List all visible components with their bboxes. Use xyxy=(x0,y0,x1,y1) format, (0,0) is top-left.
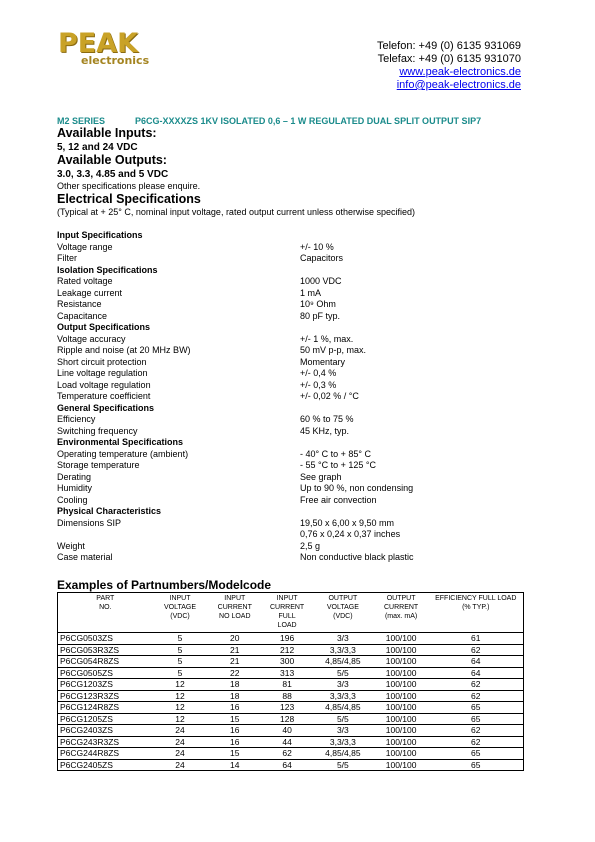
part-number-cell: P6CG053R3ZS xyxy=(58,644,153,656)
spec-row: Dimensions SIP19,50 x 6,00 x 9,50 mm xyxy=(57,518,497,530)
table-cell: 5/5 xyxy=(312,667,374,679)
contact-block: Telefon: +49 (0) 6135 931069 Telefax: +4… xyxy=(377,40,521,92)
column-header: INPUTVOLTAGE(VDC) xyxy=(153,593,208,633)
table-cell: 62 xyxy=(429,644,524,656)
part-number-cell: P6CG1203ZS xyxy=(58,679,153,691)
part-number-cell: P6CG0503ZS xyxy=(58,633,153,645)
spec-value: 19,50 x 6,00 x 9,50 mm xyxy=(300,518,394,530)
table-cell: 15 xyxy=(207,713,262,725)
spec-value: +/- 10 % xyxy=(300,242,334,254)
part-number-cell: P6CG054R8ZS xyxy=(58,656,153,668)
spec-label: Switching frequency xyxy=(57,426,300,438)
spec-label: Line voltage regulation xyxy=(57,368,300,380)
spec-value: Momentary xyxy=(300,357,345,369)
spec-label: Ripple and noise (at 20 MHz BW) xyxy=(57,345,300,357)
spec-row: HumidityUp to 90 %, non condensing xyxy=(57,483,497,495)
table-cell: 3/3 xyxy=(312,725,374,737)
spec-row: Efficiency60 % to 75 % xyxy=(57,414,497,426)
peak-logo: PEAK electronics xyxy=(58,30,158,67)
spec-label: Resistance xyxy=(57,299,300,311)
table-cell: 64 xyxy=(429,667,524,679)
part-number-cell: P6CG1205ZS xyxy=(58,713,153,725)
available-inputs-value: 5, 12 and 24 VDC xyxy=(57,142,138,153)
available-outputs-value: 3.0, 3.3, 4.85 and 5 VDC xyxy=(57,169,168,180)
spec-row: Rated voltage1000 VDC xyxy=(57,276,497,288)
spec-section-heading: Isolation Specifications xyxy=(57,265,497,277)
spec-label: Cooling xyxy=(57,495,300,507)
spec-value: +/- 0,4 % xyxy=(300,368,336,380)
spec-value: 60 % to 75 % xyxy=(300,414,354,426)
table-cell: 3,3/3,3 xyxy=(312,690,374,702)
spec-value: +/- 1 %, max. xyxy=(300,334,353,346)
table-cell: 81 xyxy=(262,679,312,691)
part-number-cell: P6CG0505ZS xyxy=(58,667,153,679)
spec-label: Leakage current xyxy=(57,288,300,300)
table-cell: 5/5 xyxy=(312,713,374,725)
table-cell: 62 xyxy=(429,679,524,691)
table-cell: 12 xyxy=(153,679,208,691)
spec-row: Ripple and noise (at 20 MHz BW)50 mV p-p… xyxy=(57,345,497,357)
table-cell: 24 xyxy=(153,759,208,771)
table-cell: 12 xyxy=(153,690,208,702)
table-cell: 65 xyxy=(429,702,524,714)
table-cell: 3,3/3,3 xyxy=(312,736,374,748)
logo-subtitle: electronics xyxy=(81,55,158,67)
table-cell: 64 xyxy=(429,656,524,668)
spec-row: Resistance10⁹ Ohm xyxy=(57,299,497,311)
table-cell: 62 xyxy=(429,736,524,748)
spec-row: Weight2,5 g xyxy=(57,541,497,553)
table-cell: 16 xyxy=(207,725,262,737)
spec-row: Leakage current1 mA xyxy=(57,288,497,300)
table-cell: 5 xyxy=(153,644,208,656)
table-header-row: PARTNO.INPUTVOLTAGE(VDC)INPUTCURRENTNO L… xyxy=(58,593,524,633)
table-cell: 40 xyxy=(262,725,312,737)
spec-value: See graph xyxy=(300,472,342,484)
table-cell: 5 xyxy=(153,667,208,679)
spec-value: Non conductive black plastic xyxy=(300,552,414,564)
table-cell: 62 xyxy=(429,725,524,737)
table-row: P6CG2405ZS2414645/5100/10065 xyxy=(58,759,524,771)
spec-value: - 55 °C to + 125 °C xyxy=(300,460,376,472)
table-cell: 65 xyxy=(429,748,524,760)
spec-value: 0,76 x 0,24 x 0,37 inches xyxy=(300,529,400,541)
spec-row: Short circuit protectionMomentary xyxy=(57,357,497,369)
available-inputs-title: Available Inputs: xyxy=(57,126,157,140)
spec-section-heading: Environmental Specifications xyxy=(57,437,497,449)
spec-section-heading: Physical Characteristics xyxy=(57,506,497,518)
spec-row: Switching frequency45 KHz, typ. xyxy=(57,426,497,438)
spec-label: Weight xyxy=(57,541,300,553)
table-cell: 100/100 xyxy=(374,667,429,679)
table-cell: 5/5 xyxy=(312,759,374,771)
spec-row: Temperature coefficient+/- 0,02 % / °C xyxy=(57,391,497,403)
series-header: M2 SERIESP6CG-XXXXZS 1KV ISOLATED 0,6 – … xyxy=(57,116,481,126)
examples-title: Examples of Partnumbers/Modelcode xyxy=(57,578,271,592)
spec-value: Up to 90 %, non condensing xyxy=(300,483,413,495)
spec-value: 2,5 g xyxy=(300,541,320,553)
table-cell: 3/3 xyxy=(312,633,374,645)
model-description: P6CG-XXXXZS 1KV ISOLATED 0,6 – 1 W REGUL… xyxy=(135,116,481,126)
spec-label: Humidity xyxy=(57,483,300,495)
table-cell: 12 xyxy=(153,713,208,725)
email-link[interactable]: info@peak-electronics.de xyxy=(397,79,521,91)
table-cell: 100/100 xyxy=(374,748,429,760)
column-header: EFFICIENCY FULL LOAD(% TYP.) xyxy=(429,593,524,633)
table-cell: 100/100 xyxy=(374,679,429,691)
table-cell: 44 xyxy=(262,736,312,748)
table-row: P6CG244R8ZS2415624,85/4,85100/10065 xyxy=(58,748,524,760)
electrical-specs-note: (Typical at + 25° C, nominal input volta… xyxy=(57,207,415,217)
column-header: INPUTCURRENTFULLLOAD xyxy=(262,593,312,633)
spec-label: Isolation Specifications xyxy=(57,265,300,277)
table-cell: 18 xyxy=(207,690,262,702)
table-cell: 100/100 xyxy=(374,702,429,714)
spec-label: Dimensions SIP xyxy=(57,518,300,530)
table-cell: 20 xyxy=(207,633,262,645)
table-row: P6CG0505ZS5223135/5100/10064 xyxy=(58,667,524,679)
spec-label: Physical Characteristics xyxy=(57,506,300,518)
table-row: P6CG1205ZS12151285/5100/10065 xyxy=(58,713,524,725)
spec-label: Operating temperature (ambient) xyxy=(57,449,300,461)
specifications-list: Input SpecificationsVoltage range+/- 10 … xyxy=(57,230,497,564)
table-cell: 4,85/4,85 xyxy=(312,748,374,760)
table-cell: 18 xyxy=(207,679,262,691)
spec-value: +/- 0,02 % / °C xyxy=(300,391,359,403)
spec-section-heading: Input Specifications xyxy=(57,230,497,242)
spec-label: Short circuit protection xyxy=(57,357,300,369)
spec-label: Temperature coefficient xyxy=(57,391,300,403)
column-header: INPUTCURRENTNO LOAD xyxy=(207,593,262,633)
spec-label: General Specifications xyxy=(57,403,300,415)
part-number-cell: P6CG123R3ZS xyxy=(58,690,153,702)
table-cell: 88 xyxy=(262,690,312,702)
table-cell: 24 xyxy=(153,725,208,737)
spec-label: Voltage range xyxy=(57,242,300,254)
spec-label: Derating xyxy=(57,472,300,484)
table-cell: 100/100 xyxy=(374,759,429,771)
spec-value: 1000 VDC xyxy=(300,276,342,288)
spec-row: Line voltage regulation+/- 0,4 % xyxy=(57,368,497,380)
table-cell: 62 xyxy=(429,690,524,702)
spec-row: FilterCapacitors xyxy=(57,253,497,265)
enquire-note: Other specifications please enquire. xyxy=(57,181,200,191)
column-header: PARTNO. xyxy=(58,593,153,633)
table-row: P6CG124R8ZS12161234,85/4,85100/10065 xyxy=(58,702,524,714)
table-cell: 21 xyxy=(207,656,262,668)
table-cell: 16 xyxy=(207,702,262,714)
table-cell: 100/100 xyxy=(374,633,429,645)
table-cell: 24 xyxy=(153,736,208,748)
table-row: P6CG123R3ZS1218883,3/3,3100/10062 xyxy=(58,690,524,702)
table-cell: 24 xyxy=(153,748,208,760)
spec-row: 0,76 x 0,24 x 0,37 inches xyxy=(57,529,497,541)
spec-label: Efficiency xyxy=(57,414,300,426)
spec-value: 50 mV p-p, max. xyxy=(300,345,366,357)
table-cell: 62 xyxy=(262,748,312,760)
table-cell: 100/100 xyxy=(374,725,429,737)
spec-value: 45 KHz, typ. xyxy=(300,426,349,438)
column-header: OUTPUTCURRENT(max. mA) xyxy=(374,593,429,633)
part-number-cell: P6CG243R3ZS xyxy=(58,736,153,748)
website-link[interactable]: www.peak-electronics.de xyxy=(399,66,521,78)
spec-row: DeratingSee graph xyxy=(57,472,497,484)
spec-row: Capacitance80 pF typ. xyxy=(57,311,497,323)
table-cell: 100/100 xyxy=(374,690,429,702)
spec-value: 10⁹ Ohm xyxy=(300,299,336,311)
table-row: P6CG1203ZS1218813/3100/10062 xyxy=(58,679,524,691)
table-row: P6CG2403ZS2416403/3100/10062 xyxy=(58,725,524,737)
table-cell: 5 xyxy=(153,633,208,645)
table-cell: 100/100 xyxy=(374,656,429,668)
part-number-cell: P6CG2403ZS xyxy=(58,725,153,737)
table-cell: 100/100 xyxy=(374,713,429,725)
spec-row: Storage temperature- 55 °C to + 125 °C xyxy=(57,460,497,472)
table-cell: 12 xyxy=(153,702,208,714)
table-cell: 313 xyxy=(262,667,312,679)
table-cell: 100/100 xyxy=(374,644,429,656)
table-cell: 64 xyxy=(262,759,312,771)
table-cell: 22 xyxy=(207,667,262,679)
table-cell: 14 xyxy=(207,759,262,771)
table-cell: 21 xyxy=(207,644,262,656)
spec-row: Load voltage regulation+/- 0,3 % xyxy=(57,380,497,392)
table-cell: 123 xyxy=(262,702,312,714)
spec-label: Filter xyxy=(57,253,300,265)
table-row: P6CG053R3ZS5212123,3/3,3100/10062 xyxy=(58,644,524,656)
spec-value: Capacitors xyxy=(300,253,343,265)
spec-label: Voltage accuracy xyxy=(57,334,300,346)
table-cell: 16 xyxy=(207,736,262,748)
spec-value: 80 pF typ. xyxy=(300,311,340,323)
spec-label: Capacitance xyxy=(57,311,300,323)
spec-label: Output Specifications xyxy=(57,322,300,334)
spec-label: Case material xyxy=(57,552,300,564)
spec-section-heading: Output Specifications xyxy=(57,322,497,334)
spec-value: 1 mA xyxy=(300,288,321,300)
spec-row: Voltage accuracy+/- 1 %, max. xyxy=(57,334,497,346)
spec-label: Environmental Specifications xyxy=(57,437,300,449)
phone-number: Telefon: +49 (0) 6135 931069 xyxy=(377,40,521,53)
table-row: P6CG0503ZS5201963/3100/10061 xyxy=(58,633,524,645)
spec-section-heading: General Specifications xyxy=(57,403,497,415)
table-cell: 100/100 xyxy=(374,736,429,748)
table-cell: 61 xyxy=(429,633,524,645)
spec-row: Voltage range+/- 10 % xyxy=(57,242,497,254)
available-outputs-title: Available Outputs: xyxy=(57,153,167,167)
spec-row: Case materialNon conductive black plasti… xyxy=(57,552,497,564)
table-cell: 65 xyxy=(429,759,524,771)
table-cell: 300 xyxy=(262,656,312,668)
partnumbers-table: PARTNO.INPUTVOLTAGE(VDC)INPUTCURRENTNO L… xyxy=(57,592,524,771)
column-header: OUTPUTVOLTAGE(VDC) xyxy=(312,593,374,633)
table-cell: 4,85/4,85 xyxy=(312,656,374,668)
table-cell: 128 xyxy=(262,713,312,725)
spec-label xyxy=(57,529,300,541)
table-cell: 3,3/3,3 xyxy=(312,644,374,656)
spec-value: Free air convection xyxy=(300,495,377,507)
table-row: P6CG243R3ZS2416443,3/3,3100/10062 xyxy=(58,736,524,748)
table-row: P6CG054R8ZS5213004,85/4,85100/10064 xyxy=(58,656,524,668)
spec-row: CoolingFree air convection xyxy=(57,495,497,507)
spec-value: - 40° C to + 85° C xyxy=(300,449,371,461)
spec-label: Input Specifications xyxy=(57,230,300,242)
series-name: M2 SERIES xyxy=(57,116,105,126)
spec-row: Operating temperature (ambient)- 40° C t… xyxy=(57,449,497,461)
table-cell: 65 xyxy=(429,713,524,725)
spec-label: Storage temperature xyxy=(57,460,300,472)
table-cell: 15 xyxy=(207,748,262,760)
spec-label: Rated voltage xyxy=(57,276,300,288)
fax-number: Telefax: +49 (0) 6135 931070 xyxy=(377,53,521,66)
table-cell: 4,85/4,85 xyxy=(312,702,374,714)
spec-label: Load voltage regulation xyxy=(57,380,300,392)
table-cell: 5 xyxy=(153,656,208,668)
part-number-cell: P6CG124R8ZS xyxy=(58,702,153,714)
spec-value: +/- 0,3 % xyxy=(300,380,336,392)
part-number-cell: P6CG244R8ZS xyxy=(58,748,153,760)
table-cell: 3/3 xyxy=(312,679,374,691)
part-number-cell: P6CG2405ZS xyxy=(58,759,153,771)
electrical-specs-title: Electrical Specifications xyxy=(57,192,201,206)
table-cell: 212 xyxy=(262,644,312,656)
table-cell: 196 xyxy=(262,633,312,645)
